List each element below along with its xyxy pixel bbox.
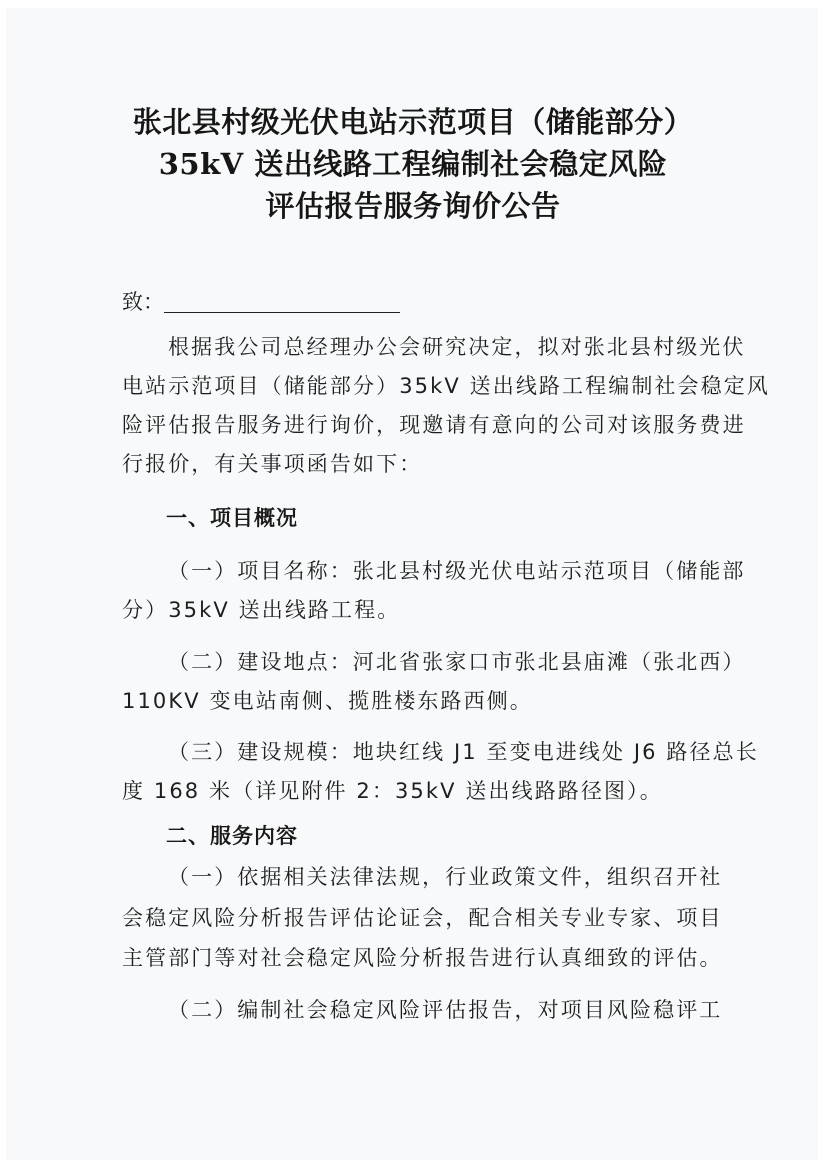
addressee-label: 致： <box>122 288 164 316</box>
construction-scale-line-2: 度 168 米（详见附件 2：35kV 送出线路路径图）。 <box>122 777 702 805</box>
intro-line-3: 险评估报告服务进行询价，现邀请有意向的公司对该服务费进 <box>122 411 702 439</box>
project-name-line-2: 分）35kV 送出线路工程。 <box>122 596 702 624</box>
intro-line-2: 电站示范项目（储能部分）35kV 送出线路工程编制社会稳定风 <box>122 372 702 400</box>
service-item-1-line-3: 主管部门等对社会稳定风险分析报告进行认真细致的评估。 <box>122 944 702 972</box>
document-page: 张北县村级光伏电站示范项目（储能部分） 35kV 送出线路工程编制社会稳定风险 … <box>0 0 826 1168</box>
construction-site-line-2: 110KV 变电站南侧、揽胜楼东路西侧。 <box>122 687 702 715</box>
document-title-line-1: 张北县村级光伏电站示范项目（储能部分） <box>0 105 826 139</box>
section-heading-service-content: 二、服务内容 <box>166 822 298 850</box>
document-title-line-3: 评估报告服务询价公告 <box>0 189 826 223</box>
service-item-1-line-2: 会稳定风险分析报告评估论证会，配合相关专业专家、项目 <box>122 904 702 932</box>
construction-site-line-1: （二）建设地点：河北省张家口市张北县庙滩（张北西） <box>168 648 703 676</box>
section-heading-project-overview: 一、项目概况 <box>166 504 298 532</box>
intro-line-4: 行报价，有关事项函告如下： <box>122 450 702 478</box>
project-name-line-1: （一）项目名称：张北县村级光伏电站示范项目（储能部 <box>168 557 703 585</box>
addressee-blank-line <box>164 312 400 313</box>
intro-line-1: 根据我公司总经理办公会研究决定，拟对张北县村级光伏 <box>168 333 703 361</box>
service-item-2-line-1: （二）编制社会稳定风险评估报告，对项目风险稳评工 <box>168 996 703 1024</box>
service-item-1-line-1: （一）依据相关法律法规，行业政策文件，组织召开社 <box>168 863 703 891</box>
construction-scale-line-1: （三）建设规模：地块红线 J1 至变电进线处 J6 路径总长 <box>168 738 703 766</box>
document-title-line-2: 35kV 送出线路工程编制社会稳定风险 <box>0 147 826 181</box>
